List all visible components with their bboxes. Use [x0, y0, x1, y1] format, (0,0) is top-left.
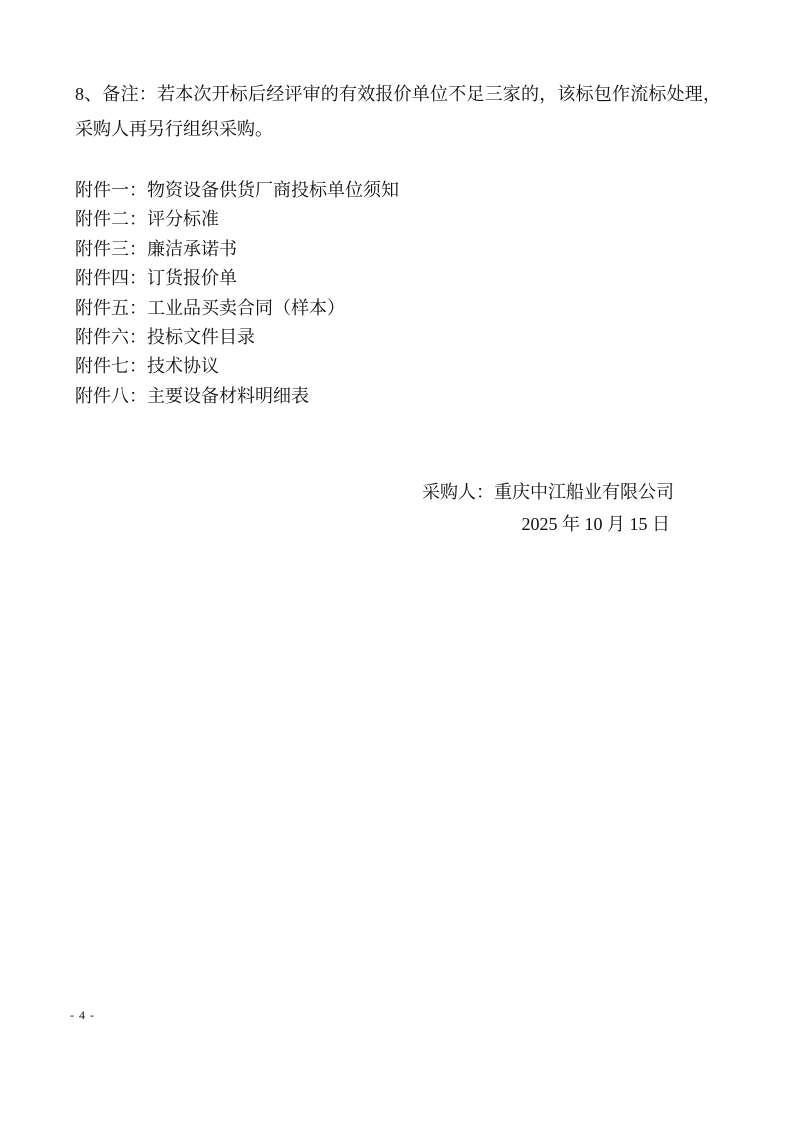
- attachment-title: 物资设备供货厂商投标单位须知: [147, 180, 399, 200]
- attachment-item: 附件四：订货报价单: [75, 264, 399, 293]
- attachment-item: 附件一：物资设备供货厂商投标单位须知: [75, 176, 399, 205]
- date-line: 2025 年 10 月 15 日: [422, 508, 674, 540]
- page-number: - 4 -: [70, 1008, 95, 1022]
- attachment-item: 附件五：工业品买卖合同（样本）: [75, 294, 399, 323]
- attachment-label: 附件一：: [75, 180, 147, 200]
- attachment-title: 评分标准: [147, 209, 219, 229]
- attachment-label: 附件四：: [75, 268, 147, 288]
- attachment-item: 附件七：技术协议: [75, 352, 399, 381]
- attachment-label: 附件五：: [75, 298, 147, 318]
- document-page: 8、备注：若本次开标后经评审的有效报价单位不足三家的，该标包作流标处理，采购人再…: [0, 0, 793, 1122]
- buyer-label: 采购人：: [422, 482, 494, 502]
- attachment-title: 工业品买卖合同（样本）: [147, 298, 345, 318]
- buyer-line: 采购人：重庆中江船业有限公司: [422, 476, 674, 508]
- attachment-item: 附件三：廉洁承诺书: [75, 235, 399, 264]
- attachment-title: 主要设备材料明细表: [147, 386, 309, 406]
- attachment-title: 技术协议: [147, 356, 219, 376]
- attachment-item: 附件二：评分标准: [75, 205, 399, 234]
- attachment-title: 投标文件目录: [147, 327, 255, 347]
- attachment-title: 订货报价单: [147, 268, 237, 288]
- attachment-item: 附件六：投标文件目录: [75, 323, 399, 352]
- signature-block: 采购人：重庆中江船业有限公司 2025 年 10 月 15 日: [422, 476, 674, 540]
- attachment-label: 附件三：: [75, 239, 147, 259]
- attachments-list: 附件一：物资设备供货厂商投标单位须知 附件二：评分标准 附件三：廉洁承诺书 附件…: [75, 176, 399, 411]
- attachment-label: 附件七：: [75, 356, 147, 376]
- remark-paragraph: 8、备注：若本次开标后经评审的有效报价单位不足三家的，该标包作流标处理，采购人再…: [75, 77, 721, 147]
- attachment-label: 附件二：: [75, 209, 147, 229]
- attachment-title: 廉洁承诺书: [147, 239, 237, 259]
- buyer-name: 重庆中江船业有限公司: [494, 482, 674, 502]
- attachment-item: 附件八：主要设备材料明细表: [75, 382, 399, 411]
- attachment-label: 附件八：: [75, 386, 147, 406]
- attachment-label: 附件六：: [75, 327, 147, 347]
